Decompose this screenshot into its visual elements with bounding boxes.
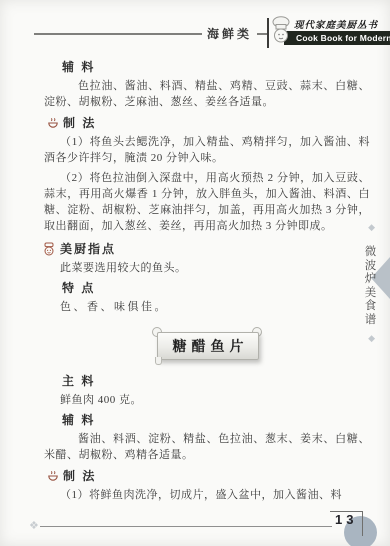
recipe-title-banner: 糖醋鱼片 <box>152 328 262 362</box>
recipe-title: 糖醋鱼片 <box>168 338 249 354</box>
section-heading-tedian: 特 点 <box>62 280 370 296</box>
steam-cup-icon <box>47 117 59 129</box>
chef-icon <box>270 15 292 46</box>
fuliao-paragraph: 色拉油、酱油、料酒、精盐、鸡精、豆豉、蒜末、白糖、淀粉、胡椒粉、芝麻油、葱丝、姜… <box>44 78 370 110</box>
fuliao-2-paragraph: 酱油、料酒、淀粉、精盐、色拉油、葱末、姜末、白糖、米醋、胡椒粉、鸡精各适量。 <box>44 431 370 463</box>
step-2-paragraph: （2）将色拉油倒入深盘中，用高火预热 2 分钟，加入豆豉、蒜末，再用高火爆香 1… <box>44 170 370 234</box>
section-heading-fuliao-2: 辅 料 <box>62 412 370 428</box>
section-heading-zhifa-2: 制 法 <box>47 468 370 484</box>
section-heading-tips: 美厨指点 <box>42 241 370 257</box>
section-heading-zhifa-label: 制 法 <box>63 115 96 131</box>
tedian-paragraph: 色、香、味俱佳。 <box>44 299 370 315</box>
steam-cup-icon <box>47 470 59 482</box>
section-heading-zhifa: 制 法 <box>47 115 370 131</box>
cookbook-scanned-page: 海鲜类 现代家庭美厨丛书 Cook Book for Moderns 辅 料 色… <box>0 0 390 546</box>
section-heading-fuliao: 辅 料 <box>62 59 370 75</box>
tips-paragraph: 此菜要选用较大的鱼头。 <box>44 260 370 276</box>
series-title-bar: Cook Book for Moderns <box>284 31 390 45</box>
footer-ornament-icon: ❖ <box>29 519 39 532</box>
zhuliao-paragraph: 鲜鱼肉 400 克。 <box>44 392 370 408</box>
scroll-tail <box>155 357 162 365</box>
page-number: 13 <box>335 512 357 527</box>
step-1-partial-paragraph: （1）将鲜鱼肉洗净，切成片，盛入盆中，加入酱油、料 <box>44 487 370 503</box>
series-badge: 现代家庭美厨丛书 Cook Book for Moderns <box>267 14 390 48</box>
series-title-cn: 现代家庭美厨丛书 <box>294 17 378 31</box>
diamond-icon: ◆ <box>368 222 375 233</box>
chapter-vertical-label: 微波炉美食谱 <box>364 246 377 327</box>
header-category-label: 海鲜类 <box>202 25 257 42</box>
series-title-en: Cook Book for Moderns <box>284 31 390 45</box>
footer-rule <box>40 526 332 527</box>
section-heading-zhifa-2-label: 制 法 <box>63 468 96 484</box>
section-heading-zhuliao: 主 料 <box>62 373 370 389</box>
badge-divider-line <box>267 18 269 48</box>
step-1-paragraph: （1）将鱼头去鳃洗净，加入精盐、鸡精拌匀，加入酱油、料酒各少许拌匀，腌渍 20 … <box>44 134 370 166</box>
scroll-banner: 糖醋鱼片 <box>157 332 259 360</box>
section-heading-tips-label: 美厨指点 <box>60 241 116 257</box>
diamond-icon: ◆ <box>368 333 375 344</box>
chef-face-icon <box>42 242 56 256</box>
page-body: 辅 料 色拉油、酱油、料酒、精盐、鸡精、豆豉、蒜末、白糖、淀粉、胡椒粉、芝麻油、… <box>44 56 370 507</box>
